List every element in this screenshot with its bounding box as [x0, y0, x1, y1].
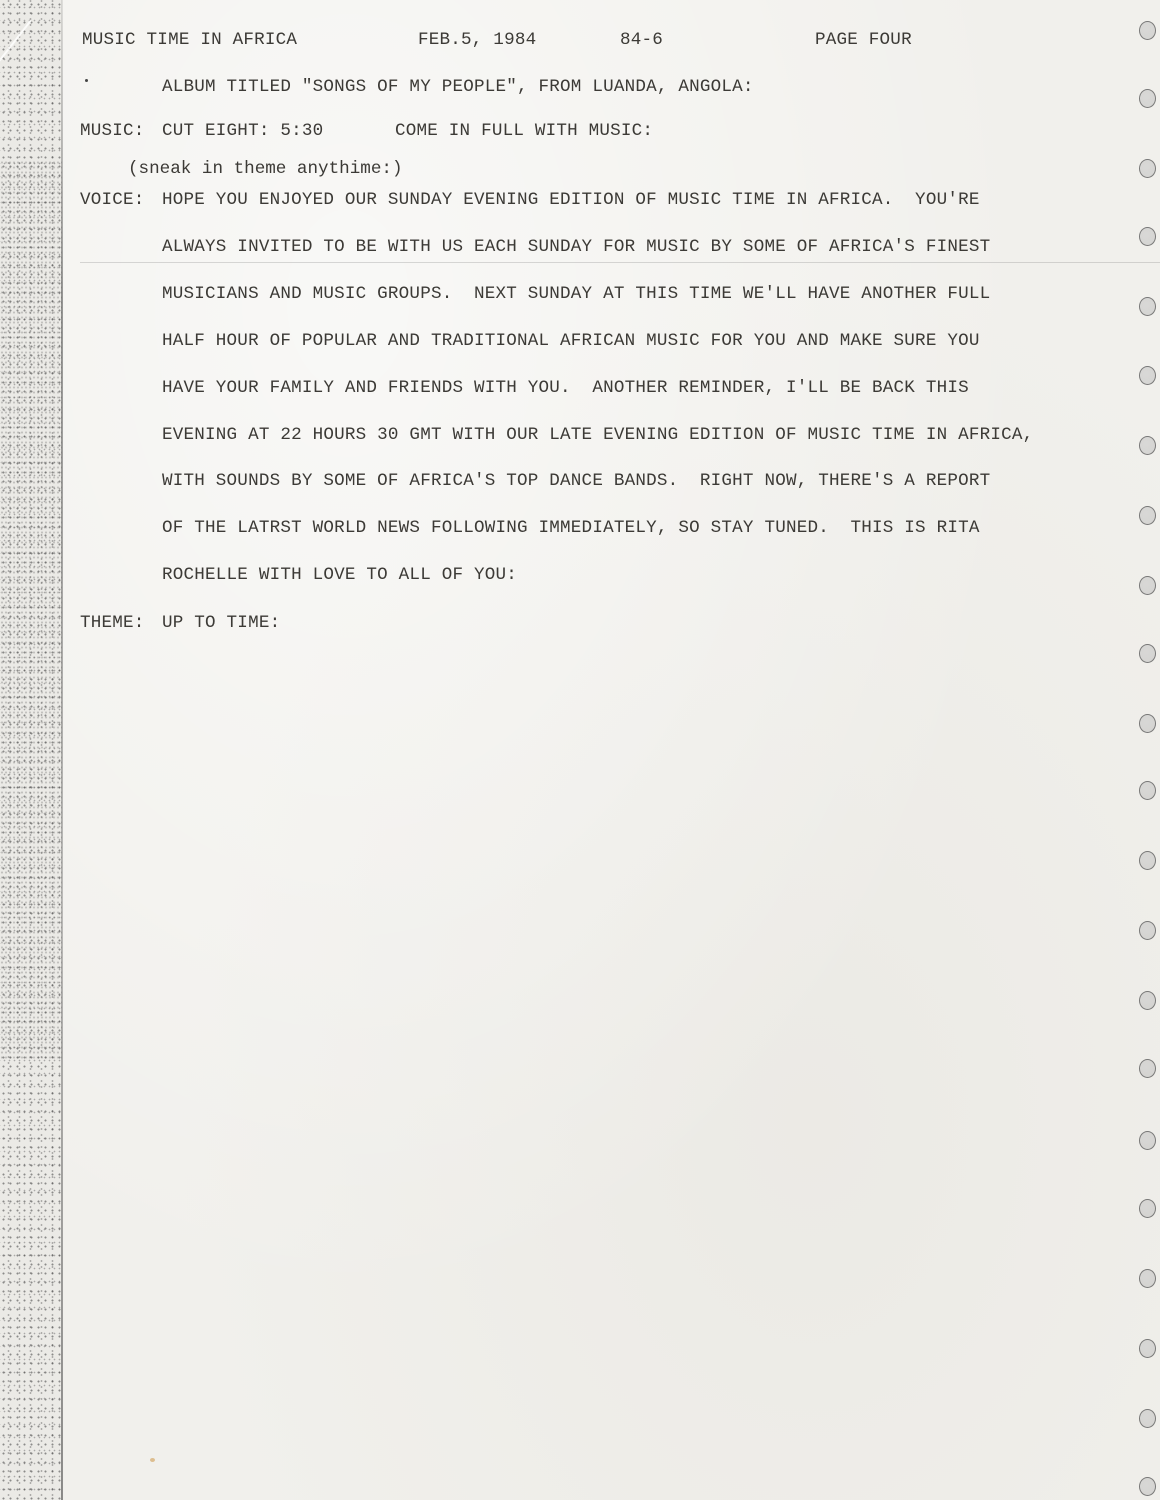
voice-line: ALWAYS INVITED TO BE WITH US EACH SUNDAY… — [162, 237, 990, 257]
voice-line: HALF HOUR OF POPULAR AND TRADITIONAL AFR… — [162, 331, 980, 351]
punch-hole-icon — [1139, 159, 1156, 178]
punch-hole-icon — [1139, 1339, 1156, 1358]
voice-line: EVENING AT 22 HOURS 30 GMT WITH OUR LATE… — [162, 425, 1033, 445]
broadcast-date: FEB.5, 1984 — [418, 30, 536, 50]
fold-line — [80, 262, 1160, 263]
punch-hole-icon — [1139, 1409, 1156, 1428]
script-code: 84-6 — [620, 30, 663, 50]
punch-hole-icon — [1139, 297, 1156, 316]
punch-hole-icon — [1139, 436, 1156, 455]
punch-hole-icon — [1139, 506, 1156, 525]
punch-hole-icon — [1139, 1059, 1156, 1078]
paper-left-edge — [61, 0, 63, 1500]
music-cue-label: MUSIC: — [80, 121, 145, 141]
punch-hole-icon — [1139, 366, 1156, 385]
theme-text: UP TO TIME: — [162, 613, 280, 633]
music-cue-direction: COME IN FULL WITH MUSIC: — [395, 121, 653, 141]
punch-hole-icon — [1139, 1477, 1156, 1496]
punch-hole-icon — [1139, 576, 1156, 595]
punch-hole-icon — [1139, 781, 1156, 800]
album-line: ALBUM TITLED "SONGS OF MY PEOPLE", FROM … — [162, 77, 754, 97]
voice-line: MUSICIANS AND MUSIC GROUPS. NEXT SUNDAY … — [162, 284, 990, 304]
punch-hole-icon — [1139, 991, 1156, 1010]
voice-line: HAVE YOUR FAMILY AND FRIENDS WITH YOU. A… — [162, 378, 969, 398]
punch-hole-icon — [1139, 21, 1156, 40]
punch-hole-icon — [1139, 921, 1156, 940]
punch-hole-icon — [1139, 644, 1156, 663]
punch-hole-icon — [1139, 714, 1156, 733]
voice-label: VOICE: — [80, 190, 145, 210]
punch-hole-icon — [1139, 89, 1156, 108]
punch-hole-icon — [1139, 851, 1156, 870]
punch-hole-icon — [1139, 1199, 1156, 1218]
voice-line: ROCHELLE WITH LOVE TO ALL OF YOU: — [162, 565, 517, 585]
voice-line: HOPE YOU ENJOYED OUR SUNDAY EVENING EDIT… — [162, 190, 980, 210]
voice-line: WITH SOUNDS BY SOME OF AFRICA'S TOP DANC… — [162, 471, 990, 491]
punch-hole-icon — [1139, 1269, 1156, 1288]
page-number: PAGE FOUR — [815, 30, 912, 50]
ink-dot — [85, 79, 88, 82]
paper-sheet — [0, 0, 1160, 1500]
music-cue-text: CUT EIGHT: 5:30 — [162, 121, 323, 141]
punch-hole-icon — [1139, 227, 1156, 246]
music-cue-note: (sneak in theme anythime:) — [128, 159, 403, 179]
theme-label: THEME: — [80, 613, 145, 633]
program-title: MUSIC TIME IN AFRICA — [82, 30, 297, 50]
punch-hole-icon — [1139, 1131, 1156, 1150]
scanner-edge-speckle — [0, 160, 62, 1060]
paper-stain — [150, 1458, 155, 1462]
voice-line: OF THE LATRST WORLD NEWS FOLLOWING IMMED… — [162, 518, 980, 538]
